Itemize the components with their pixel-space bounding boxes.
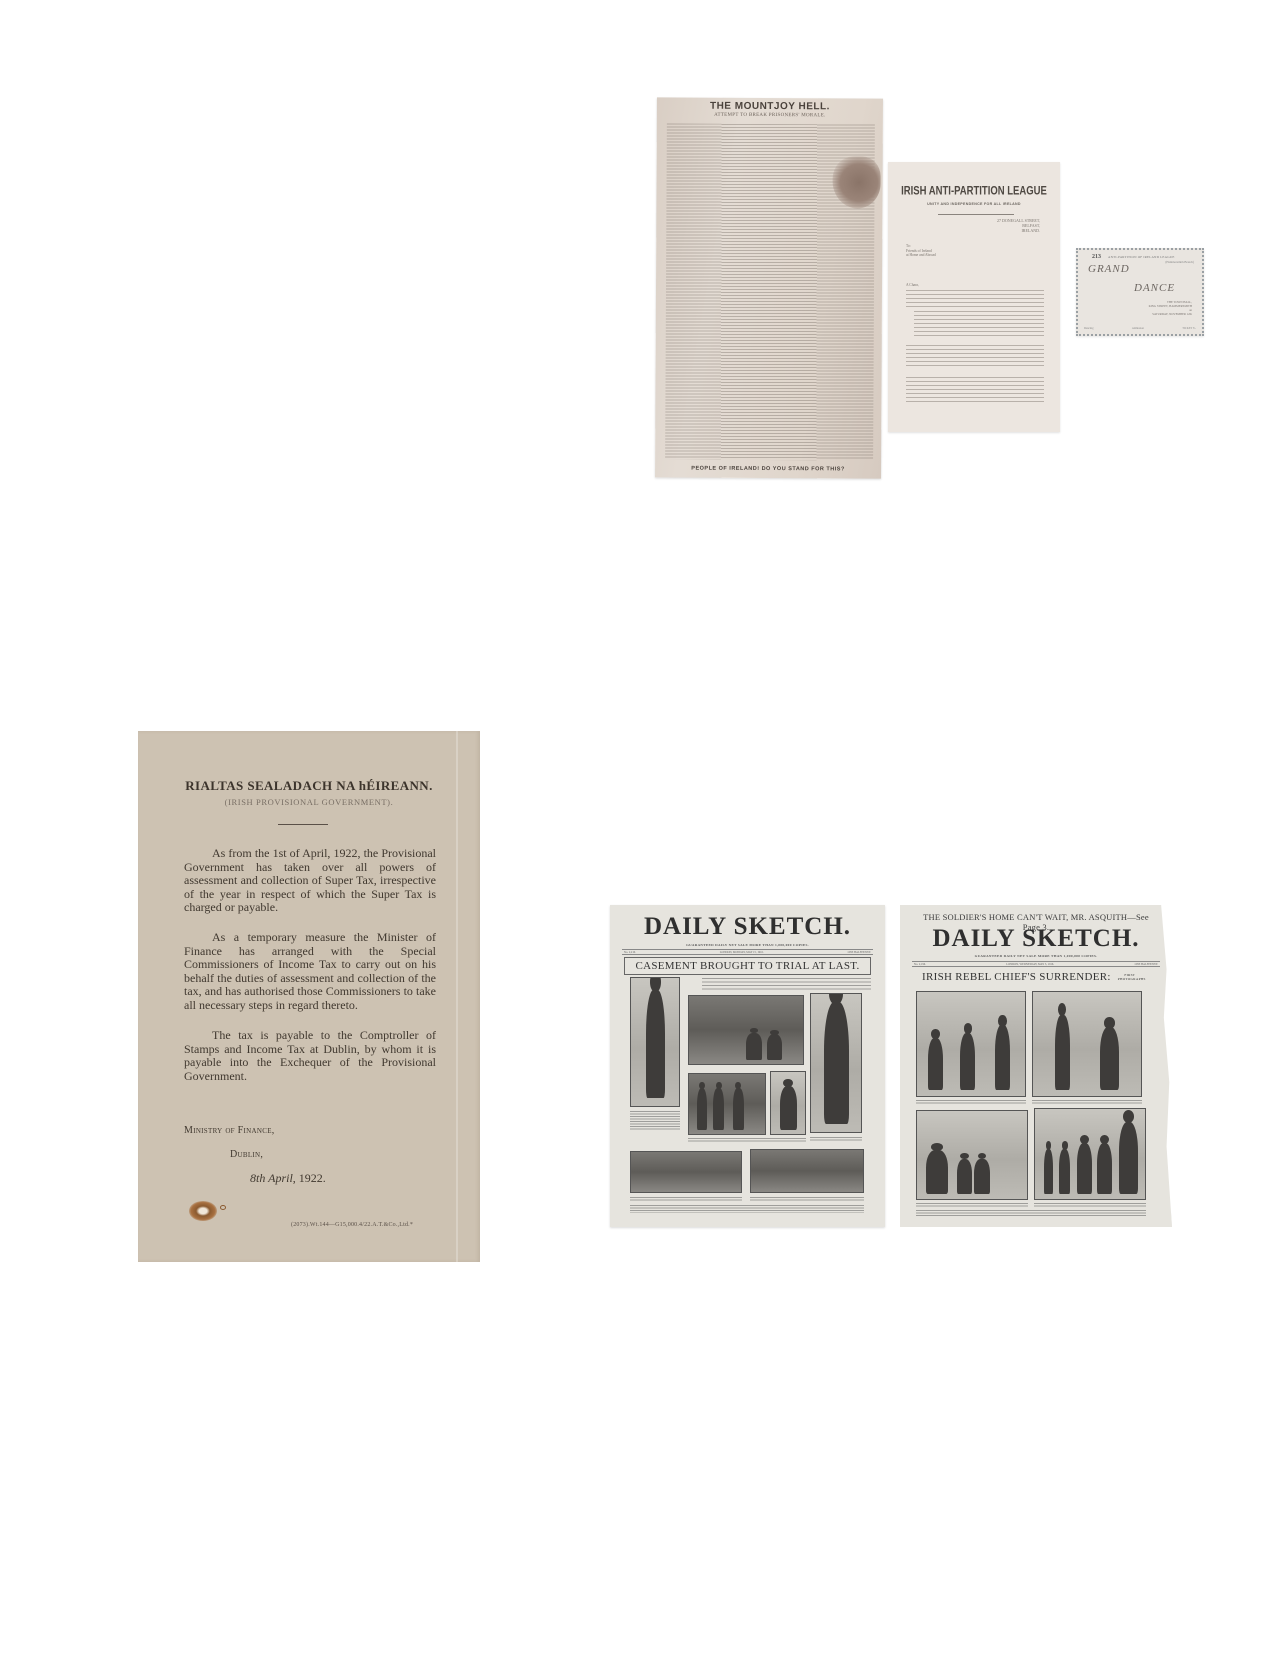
venue-line: KING STREET, HAMMERSMITH: [1149, 304, 1192, 308]
photo-man-top-hat: [770, 1071, 806, 1135]
letter-paragraph: [906, 377, 1044, 403]
daily-sketch-casement: DAILY SKETCH. GUARANTEED DAILY NET SALE …: [610, 905, 885, 1227]
newspaper-strap: GUARANTEED DAILY NET SALE MORE THAN 1,00…: [610, 943, 885, 947]
notice-paragraph-1: As from the 1st of April, 1922, the Prov…: [184, 847, 436, 915]
letter-paragraph: [906, 290, 1044, 308]
letter-paragraph: [914, 311, 1044, 337]
newspaper-dateline: No. 2,210. LONDON, MONDAY, MAY 15, 1916.…: [622, 949, 873, 955]
photo-crowd-1: [630, 1151, 742, 1193]
letter-paragraph: [906, 345, 1044, 369]
fold-line: [456, 731, 458, 1262]
notice-paragraph-3: The tax is payable to the Comptroller of…: [184, 1029, 436, 1083]
newspaper-headline: IRISH REBEL CHIEF'S SURRENDER: FIRST PHO…: [914, 969, 1158, 987]
newspaper-dateline: No. 2,196. LONDON, WEDNESDAY, MAY 3, 191…: [912, 961, 1160, 967]
newspaper-masthead: DAILY SKETCH.: [900, 925, 1172, 953]
ticket-footer: Dancing Admission TICKET 3/-: [1084, 327, 1196, 330]
ticket-branch: (Hammersmith Branch): [1165, 260, 1194, 264]
issue-price: ONE HALFPENNY.: [1135, 963, 1158, 965]
letter-address: 27 DONEGALL STREET, BELFAST, IRELAND.: [997, 218, 1040, 233]
stain: [189, 1201, 217, 1221]
newspaper-masthead: DAILY SKETCH.: [610, 913, 885, 941]
issue-date: LONDON, MONDAY, MAY 15, 1916.: [720, 951, 764, 953]
address-line: IRELAND.: [997, 228, 1040, 233]
photo-caption: [916, 1100, 1026, 1104]
ticket-footer-item: Admission: [1132, 327, 1144, 330]
photo-caption: [916, 1203, 1028, 1207]
headline-text: IRISH REBEL CHIEF'S SURRENDER:: [922, 971, 1111, 983]
ticket-organization: ANTI-PARTITION OF IRELAND LEAGUE: [1108, 255, 1175, 259]
photo-caption: [630, 1111, 680, 1131]
page-footer-text: [916, 1210, 1146, 1216]
photo-officers-group: [1034, 1108, 1146, 1200]
photo-caption: [810, 1137, 862, 1141]
anti-partition-league-letter: IRISH ANTI-PARTITION LEAGUE UNITY AND IN…: [888, 162, 1060, 432]
ticket-price: TICKET 3/-: [1182, 327, 1196, 330]
letter-recipient: To: Friends of Ireland at Home and Abroa…: [906, 244, 936, 258]
notice-city: Dublin,: [230, 1149, 263, 1160]
newspaper-strap: GUARANTEED DAILY NET SALE MORE THAN 1,00…: [900, 954, 1172, 958]
recipient-line: at Home and Abroad: [906, 253, 936, 258]
date-day: 8th April: [250, 1171, 293, 1185]
photo-group: [688, 1073, 766, 1135]
print-code: (2073).Wt.144—G15,000.4/22.A.T.&Co.,Ltd.…: [291, 1222, 413, 1228]
photo-crowd-2: [750, 1149, 864, 1193]
photo-caption: [1032, 1100, 1142, 1104]
page-footer-text: [630, 1205, 864, 1213]
ticket-dance: DANCE: [1134, 282, 1175, 294]
ticket-grand: GRAND: [1088, 263, 1130, 275]
handbill-footer: PEOPLE OF IRELAND! DO YOU STAND FOR THIS…: [655, 465, 881, 472]
handbill-title: THE MOUNTJOY HELL.: [657, 100, 883, 112]
photo-caption: [1034, 1203, 1146, 1207]
ticket-number: 213: [1092, 254, 1101, 260]
issue-number: No. 2,210.: [624, 951, 636, 953]
ticket-venue: THE TOWN HALL, KING STREET, HAMMERSMITH …: [1149, 300, 1192, 316]
water-stain: [832, 156, 880, 208]
photo-caption: [750, 1197, 864, 1201]
newspaper-headline: CASEMENT BROUGHT TO TRIAL AT LAST.: [624, 957, 871, 975]
divider: [938, 214, 1014, 215]
grand-dance-ticket: 213 ANTI-PARTITION OF IRELAND LEAGUE (Ha…: [1076, 248, 1204, 336]
stain-small: [220, 1205, 226, 1210]
divider: [278, 824, 328, 825]
issue-price: ONE HALFPENNY.: [848, 951, 871, 953]
provisional-government-notice: RIALTAS SEALADACH NA hÉIREANN. (IRISH PR…: [138, 731, 480, 1262]
daily-sketch-surrender: THE SOLDIER'S HOME CAN'T WAIT, MR. ASQUI…: [900, 905, 1172, 1227]
handbill-subtitle: ATTEMPT TO BREAK PRISONERS' MORALE.: [657, 112, 883, 118]
ticket-footer-item: Dancing: [1084, 327, 1093, 330]
letter-subtitle: UNITY AND INDEPENDENCE FOR ALL IRELAND: [888, 202, 1060, 206]
photo-interior: [916, 1110, 1028, 1200]
photo-street-scene: [688, 995, 804, 1065]
letter-title: IRISH ANTI-PARTITION LEAGUE: [888, 185, 1060, 199]
photo-caption: [688, 1138, 806, 1142]
mountjoy-hell-handbill: THE MOUNTJOY HELL. ATTEMPT TO BREAK PRIS…: [655, 97, 883, 478]
letter-salutation: A Chara,: [906, 283, 919, 287]
issue-date: LONDON, WEDNESDAY, MAY 3, 1916.: [1006, 963, 1054, 965]
venue-line: SATURDAY, NOVEMBER 12th: [1149, 312, 1192, 316]
notice-subtitle: (IRISH PROVISIONAL GOVERNMENT).: [138, 797, 480, 807]
notice-ministry: Ministry of Finance,: [184, 1125, 275, 1136]
notice-paragraph-2: As a temporary measure the Minister of F…: [184, 931, 436, 1012]
photo-surrender-doorway: [1032, 991, 1142, 1097]
date-year: , 1922.: [293, 1171, 326, 1185]
photo-soldier: [810, 993, 862, 1133]
intro-text: [702, 978, 871, 992]
photo-caption: [630, 1197, 742, 1201]
notice-title: RIALTAS SEALADACH NA hÉIREANN.: [138, 778, 480, 794]
photo-soldiers-marching: [916, 991, 1026, 1097]
headline-tag: FIRST PHOTOGRAPHS: [1118, 973, 1142, 981]
photo-policeman: [630, 977, 680, 1107]
notice-date: 8th April, 1922.: [250, 1171, 326, 1186]
issue-number: No. 2,196.: [914, 963, 926, 965]
